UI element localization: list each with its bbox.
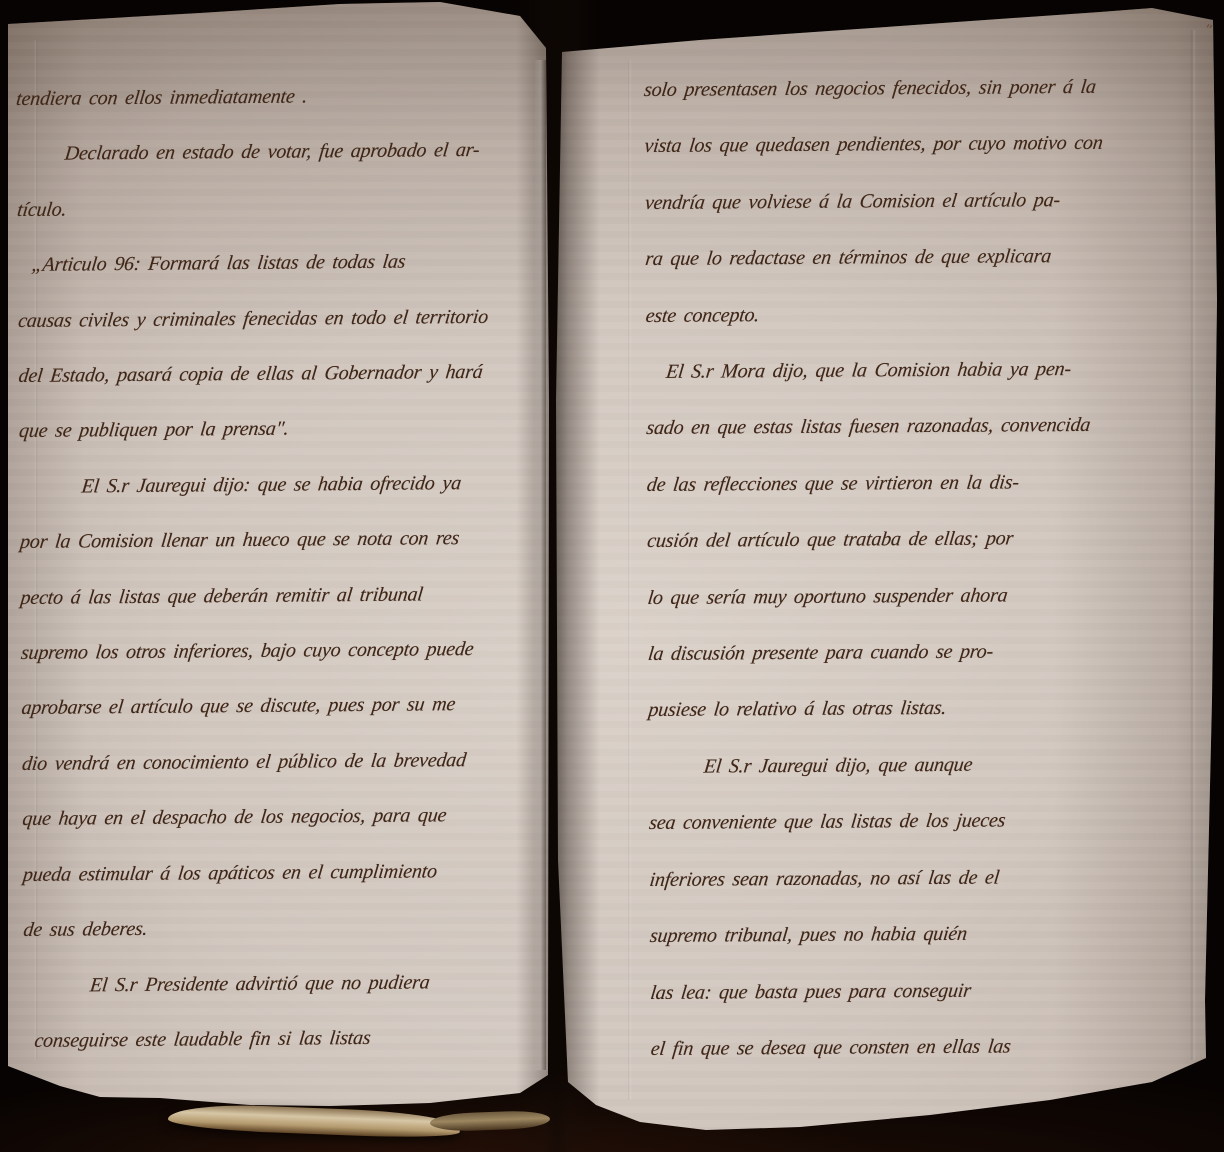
bottom-page-edges: [168, 1102, 461, 1139]
manuscript-line: ra que lo redactase en términos de que e…: [642, 227, 1209, 287]
manuscript-line: El S.r Mora dijo, que la Comision habia …: [643, 340, 1210, 400]
manuscript-line: que haya en el despacho de los negocios,…: [19, 788, 557, 848]
right-page-text: solo presentasen los negocios fenecidos,…: [644, 58, 1211, 1077]
manuscript-line: este concepto.: [643, 284, 1210, 344]
manuscript-line: cusión del artículo que trataba de ellas…: [644, 509, 1211, 569]
manuscript-line: sea conveniente que las listas de los ju…: [646, 791, 1213, 851]
manuscript-line: conseguirse este laudable fin si las lis…: [21, 1009, 559, 1069]
manuscript-line: pueda estimular á los apáticos en el cum…: [20, 843, 558, 903]
bottom-page-edges: [430, 1110, 551, 1132]
manuscript-line: Declarado en estado de votar, fue aproba…: [14, 123, 552, 183]
manuscript-line: la discusión presente para cuando se pro…: [645, 622, 1212, 682]
manuscript-line: supremo tribunal, pues no habia quién: [647, 904, 1214, 964]
manuscript-line: El S.r Jauregui dijo, que aunque: [646, 735, 1213, 795]
manuscript-line: El S.r Jauregui dijo: que se habia ofrec…: [16, 455, 554, 515]
manuscript-line: de las reflecciones que se virtieron en …: [644, 453, 1211, 513]
manuscript-line: El S.r Presidente advirtió que no pudier…: [21, 954, 559, 1014]
left-page-text: tendiera con ellos inmediatamente .Decla…: [16, 67, 557, 1069]
manuscript-line: por la Comision llenar un hueco que se n…: [17, 511, 555, 571]
manuscript-line: del Estado, pasará copia de ellas al Gob…: [15, 344, 553, 404]
manuscript-line: que se publiquen por la prensa".: [16, 400, 554, 460]
manuscript-line: pecto á las listas que deberán remitir a…: [17, 566, 555, 626]
manuscript-line: vista los que quedasen pendientes, por c…: [641, 114, 1208, 174]
manuscript-line: inferiores sean razonadas, no así las de…: [646, 848, 1213, 908]
manuscript-line: lo que sería muy oportuno suspender ahor…: [644, 566, 1211, 626]
manuscript-line: „Articulo 96: Formará las listas de toda…: [15, 234, 553, 294]
manuscript-line: de sus deberes.: [20, 898, 558, 958]
manuscript-photo: tendiera con ellos inmediatamente .Decla…: [0, 0, 1224, 1152]
manuscript-line: solo presentasen los negocios fenecidos,…: [641, 58, 1208, 118]
folio-mark: ″: [1202, 21, 1213, 39]
manuscript-line: aprobarse el artículo que se discute, pu…: [18, 677, 556, 737]
manuscript-line: las lea: que basta pues para conseguir: [647, 961, 1214, 1021]
manuscript-line: supremo los otros inferiores, bajo cuyo …: [18, 621, 556, 681]
manuscript-line: dio vendrá en conocimiento el público de…: [19, 732, 557, 792]
paper-crease: [628, 60, 632, 1100]
manuscript-line: tendiera con ellos inmediatamente .: [13, 67, 551, 127]
manuscript-line: vendría que volviese á la Comision el ar…: [642, 171, 1209, 231]
manuscript-line: sado en que estas listas fuesen razonada…: [643, 396, 1210, 456]
manuscript-line: pusiese lo relativo á las otras listas.: [645, 679, 1212, 739]
manuscript-line: tículo.: [14, 178, 552, 238]
manuscript-line: causas civiles y criminales fenecidas en…: [15, 289, 553, 349]
manuscript-line: el fin que se desea que consten en ellas…: [648, 1017, 1215, 1077]
